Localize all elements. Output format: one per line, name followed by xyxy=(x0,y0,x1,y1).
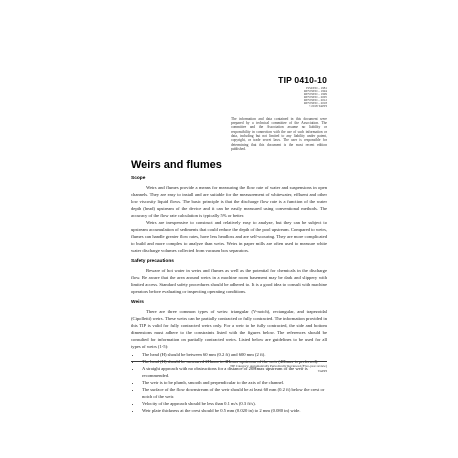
bullet-item: The head (H) should be between 60 mm (0.… xyxy=(141,351,327,358)
revision-history: ISSUED – 1981 REVISED – 1994 REVISED – 1… xyxy=(131,87,327,108)
section-heading-weirs: Weirs xyxy=(131,300,327,306)
bullet-item: Weir plate thickness at the crest should… xyxy=(141,407,327,414)
section-heading-safety-precautions: Safety precautions xyxy=(131,259,327,265)
doc-number: TIP 0410-10 xyxy=(131,75,327,85)
page-title: Weirs and flumes xyxy=(131,159,327,171)
disclaimer-text: The information and data contained in th… xyxy=(231,117,327,152)
paragraph: Beware of hot water in weirs and flumes … xyxy=(131,267,327,295)
paragraph: Weirs and flumes provide a means for mea… xyxy=(131,184,327,219)
document-page: TIP 0410-10 ISSUED – 1981 REVISED – 1994… xyxy=(0,0,458,458)
bullet-item: Velocity of the approach should be less … xyxy=(141,400,327,407)
section-heading-scope: Scope xyxy=(131,176,327,182)
paragraph: Weirs are inexpensive to construct and r… xyxy=(131,219,327,254)
footer-category: TIP Category: Automatically Periodically… xyxy=(131,364,327,368)
paragraph: There are three common types of weirs: t… xyxy=(131,308,327,350)
bullet-item: The weir is to be plumb, smooth and perp… xyxy=(141,379,327,386)
copyright-line: ©2018 TAPPI xyxy=(131,105,327,108)
footer-divider xyxy=(131,361,327,362)
page-footer: TIP Category: Automatically Periodically… xyxy=(131,361,327,373)
bullet-item: The surface of the flow downstream of th… xyxy=(141,386,327,400)
footer-org: TAPPI xyxy=(131,369,327,373)
